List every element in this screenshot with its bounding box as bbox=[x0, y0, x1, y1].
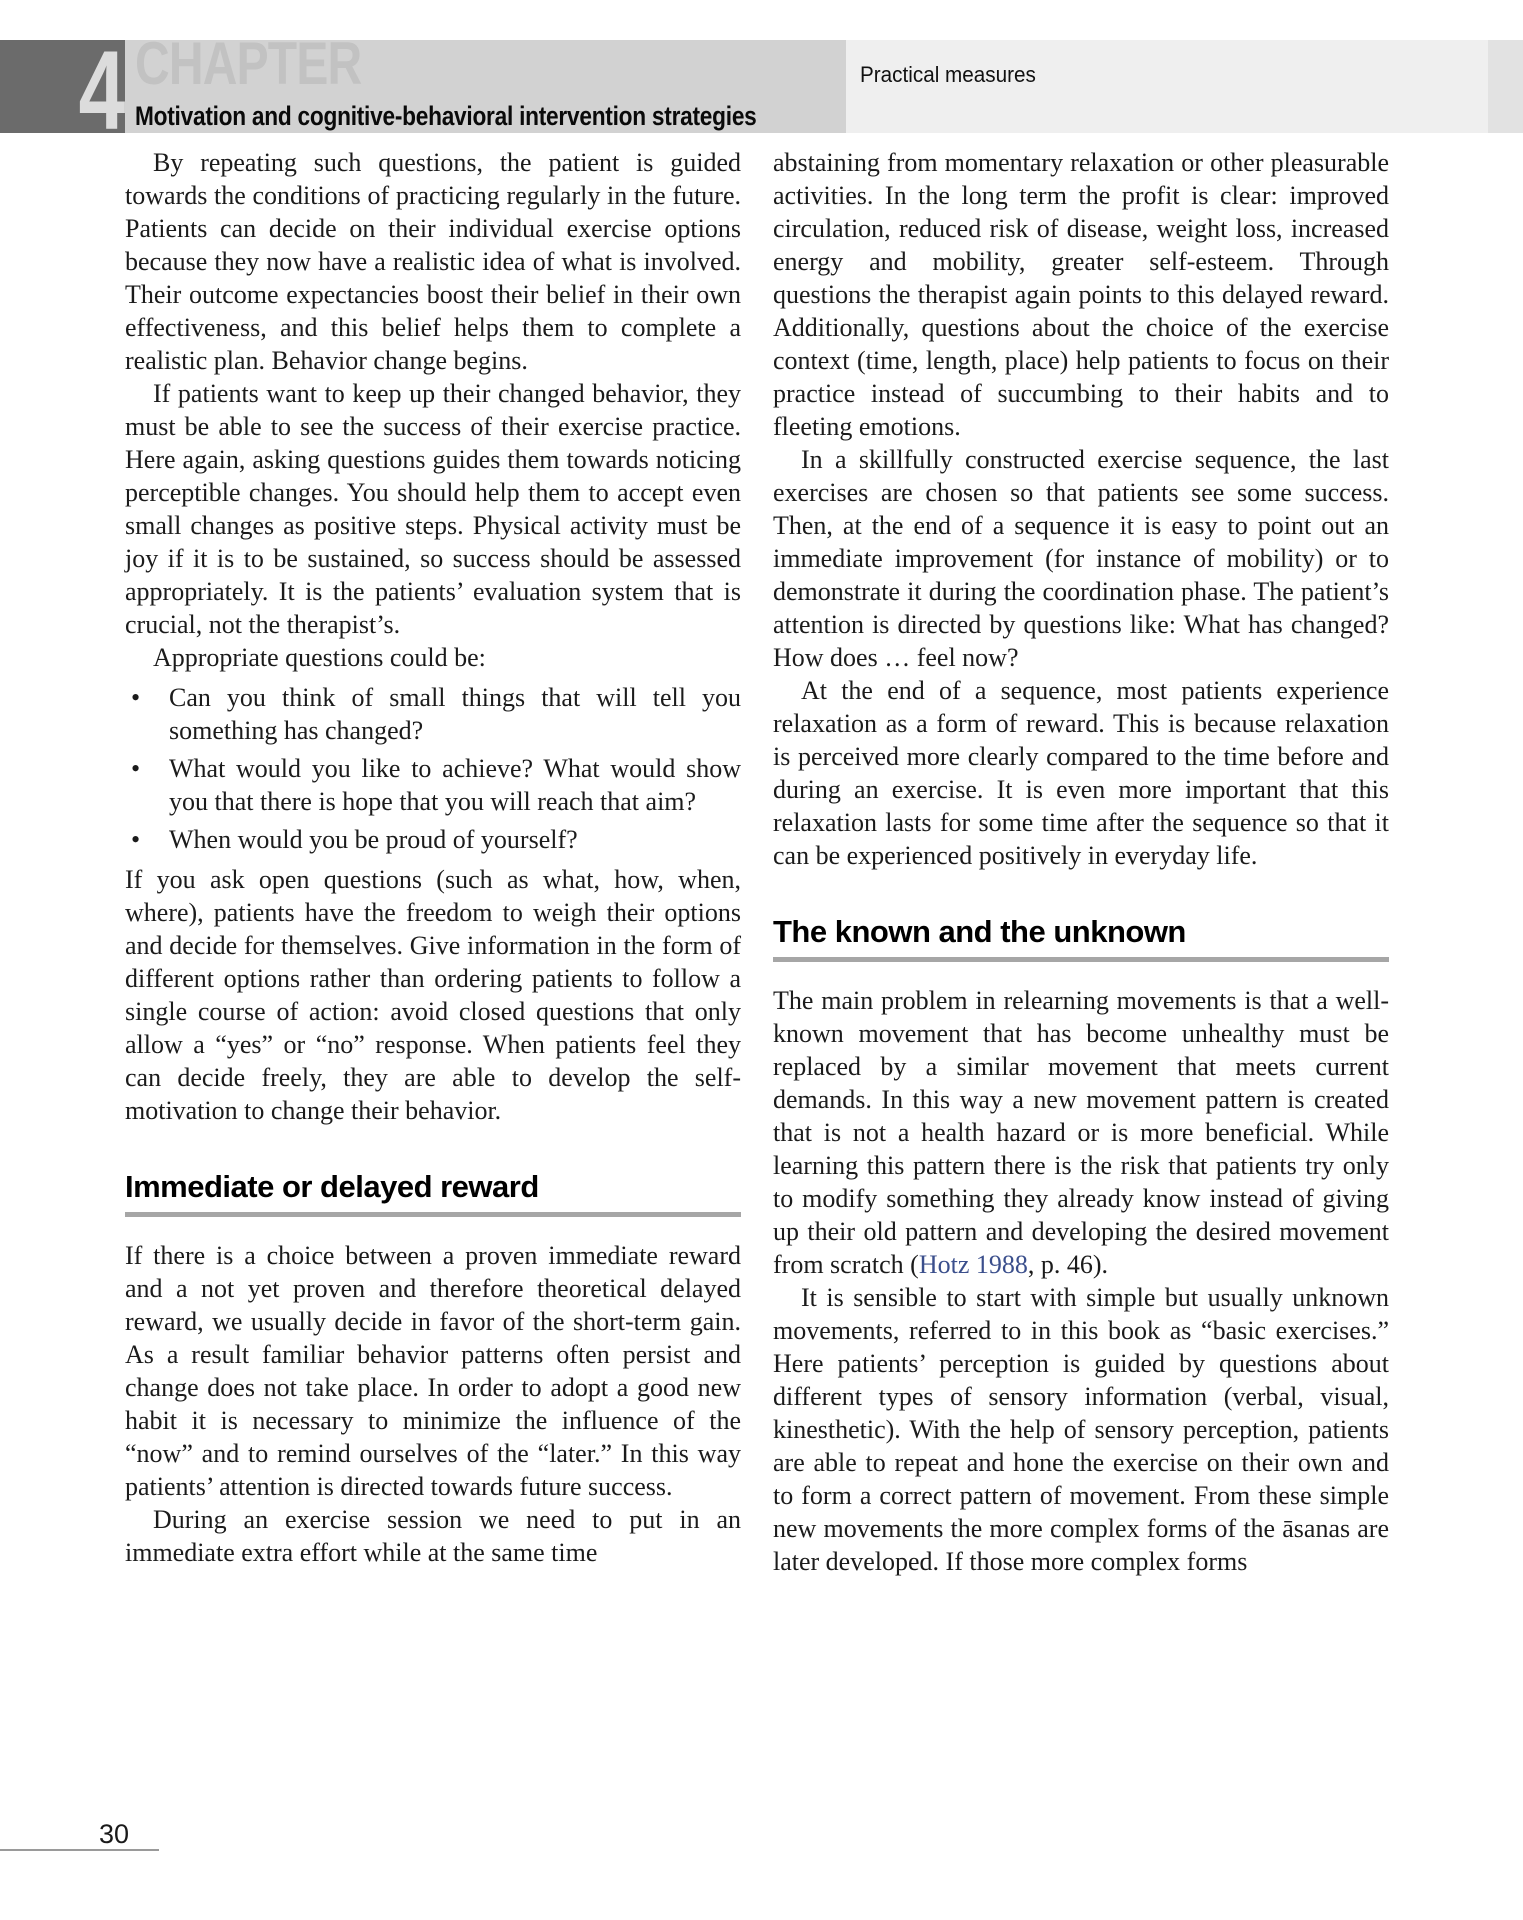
page-number-rule bbox=[0, 1849, 159, 1851]
running-head: Practical measures bbox=[860, 62, 1036, 88]
book-page: 4 CHAPTER Motivation and cognitive-behav… bbox=[0, 0, 1523, 1920]
paragraph: By repeating such questions, the patient… bbox=[125, 146, 741, 377]
bullet-item: • Can you think of small things that wil… bbox=[125, 681, 741, 747]
bullet-text: Can you think of small things that will … bbox=[169, 683, 741, 745]
left-column: By repeating such questions, the patient… bbox=[125, 146, 741, 1569]
bullet-item: • When would you be proud of yourself? bbox=[125, 823, 741, 856]
paragraph-text: The main problem in relearning movements… bbox=[773, 986, 1389, 1279]
paragraph: During an exercise session we need to pu… bbox=[125, 1503, 741, 1569]
chapter-title: Motivation and cognitive-behavioral inte… bbox=[135, 100, 757, 132]
section-heading-immediate-or-delayed-reward: Immediate or delayed reward bbox=[125, 1169, 741, 1205]
paragraph: In a skillfully constructed exercise seq… bbox=[773, 443, 1389, 674]
paragraph: The main problem in relearning movements… bbox=[773, 984, 1389, 1281]
paragraph: Appropriate questions could be: bbox=[125, 641, 741, 674]
page-number: 30 bbox=[99, 1820, 129, 1848]
heading-rule bbox=[773, 957, 1389, 962]
paragraph: abstaining from momentary relaxation or … bbox=[773, 146, 1389, 443]
paragraph: At the end of a sequence, most patients … bbox=[773, 674, 1389, 872]
bullet-list: • Can you think of small things that wil… bbox=[125, 681, 741, 856]
paragraph: If patients want to keep up their change… bbox=[125, 377, 741, 641]
bullet-icon: • bbox=[131, 823, 140, 856]
right-column: abstaining from momentary relaxation or … bbox=[773, 146, 1389, 1578]
chapter-number: 4 bbox=[78, 35, 125, 147]
paragraph: It is sensible to start with simple but … bbox=[773, 1281, 1389, 1578]
heading-rule bbox=[125, 1212, 741, 1217]
running-head-box: Practical measures bbox=[846, 40, 1488, 133]
bullet-text: What would you like to achieve? What wou… bbox=[169, 754, 741, 816]
page-edge-strip bbox=[1488, 40, 1523, 133]
bullet-item: • What would you like to achieve? What w… bbox=[125, 752, 741, 818]
chapter-number-box: 4 bbox=[0, 40, 125, 133]
bullet-icon: • bbox=[131, 752, 140, 785]
bullet-icon: • bbox=[131, 681, 140, 714]
paragraph: If you ask open questions (such as what,… bbox=[125, 863, 741, 1127]
chapter-title-box: CHAPTER Motivation and cognitive-behavio… bbox=[125, 40, 846, 133]
paragraph-text: , p. 46). bbox=[1028, 1250, 1108, 1279]
paragraph: If there is a choice between a proven im… bbox=[125, 1239, 741, 1503]
section-heading-the-known-and-the-unknown: The known and the unknown bbox=[773, 914, 1389, 950]
chapter-label: CHAPTER bbox=[135, 34, 361, 94]
bullet-text: When would you be proud of yourself? bbox=[169, 825, 578, 854]
citation-link-hotz-1988[interactable]: Hotz 1988 bbox=[919, 1250, 1028, 1279]
page-header: 4 CHAPTER Motivation and cognitive-behav… bbox=[0, 40, 1523, 133]
